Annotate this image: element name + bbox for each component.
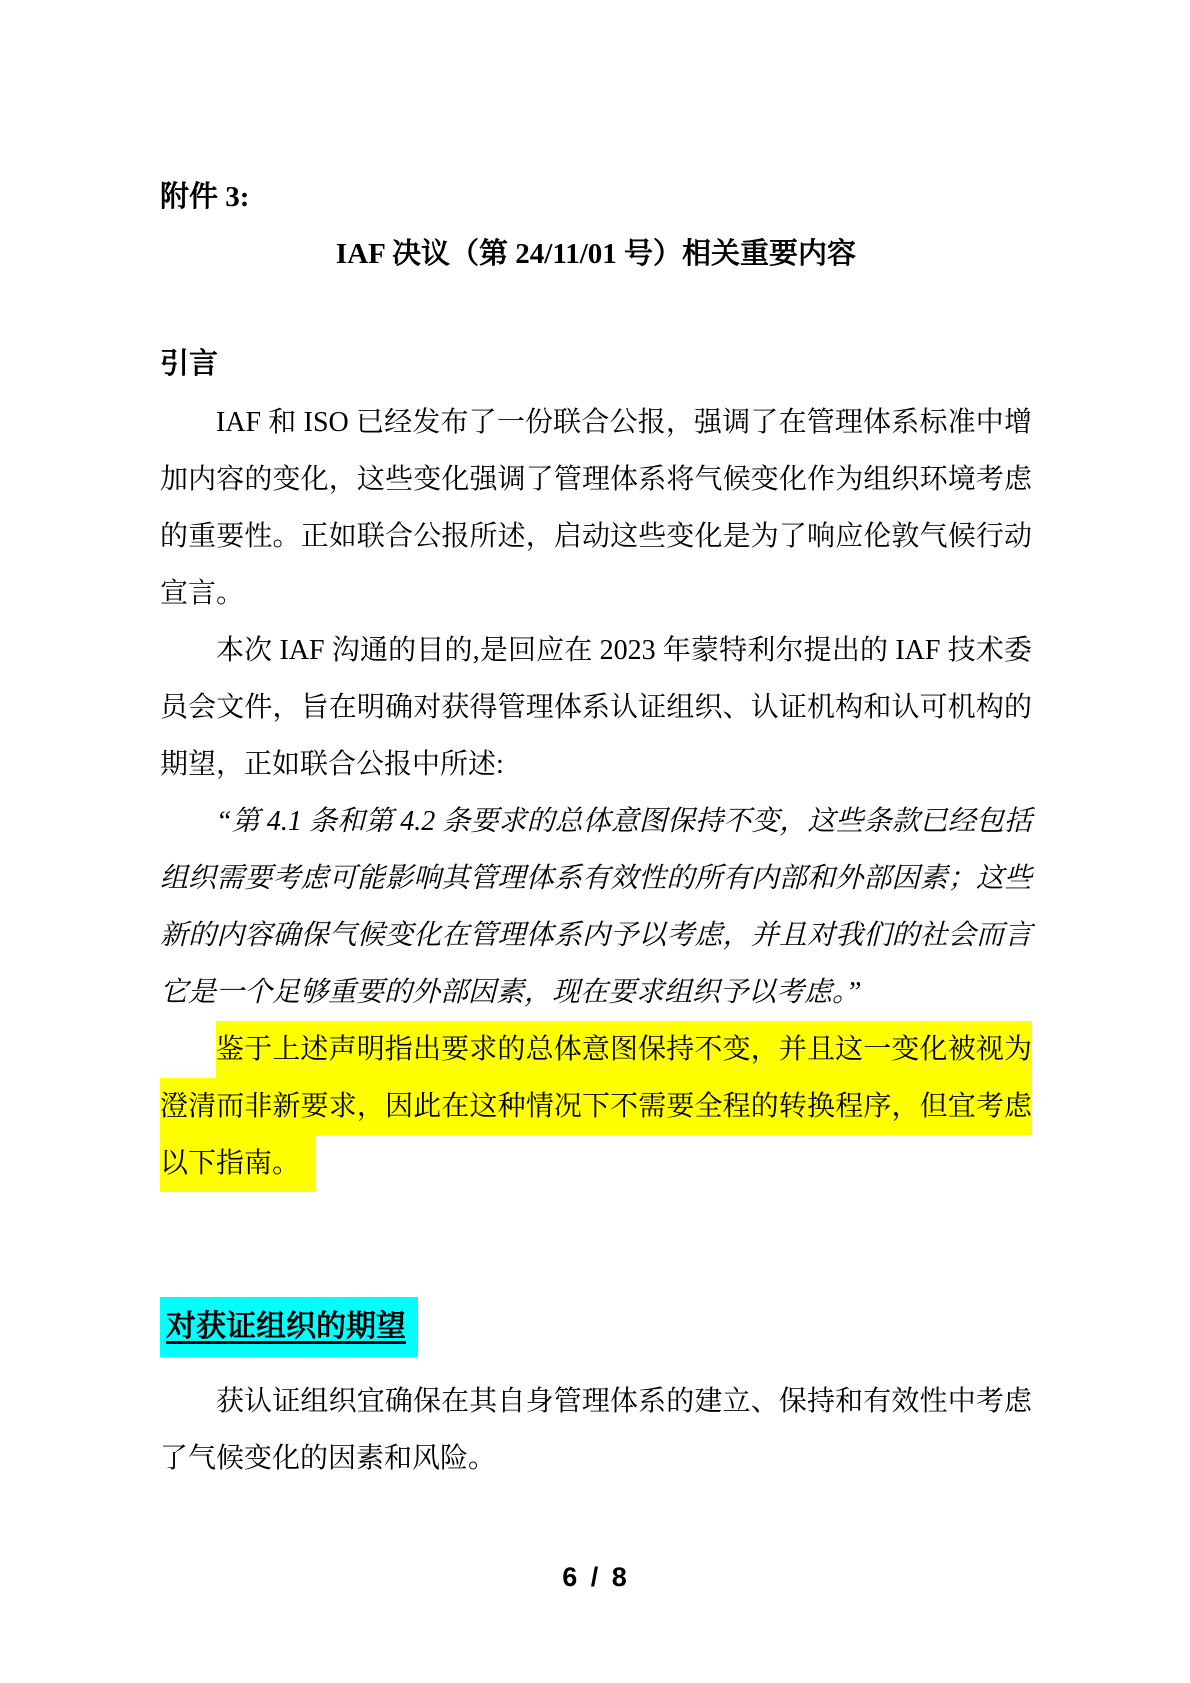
page-number: 6 / 8 xyxy=(160,1561,1032,1594)
section-heading-expectations: 对获证组织的期望 xyxy=(160,1297,418,1357)
paragraph-certified-organizations: 获认证组织宜确保在其自身管理体系的建立、保持和有效性中考虑了气候变化的因素和风险… xyxy=(160,1373,1032,1487)
paragraph-joint-communique: IAF 和 ISO 已经发布了一份联合公报，强调了在管理体系标准中增加内容的变化… xyxy=(160,394,1032,622)
attachment-label: 附件 3: xyxy=(160,180,1032,214)
paragraph-iaf-communication-purpose: 本次 IAF 沟通的目的,是回应在 2023 年蒙特利尔提出的 IAF 技术委员… xyxy=(160,622,1032,793)
paragraph-communique-quote: “第 4.1 条和第 4.2 条要求的总体意图保持不变，这些条款已经包括组织需要… xyxy=(160,793,1032,1021)
document-title: IAF 决议（第 24/11/01 号）相关重要内容 xyxy=(160,236,1032,272)
yellow-highlighted-text: 鉴于上述声明指出要求的总体意图保持不变，并且这一变化被视为澄清而非新要求，因此在… xyxy=(160,1034,1032,1179)
document-page: 附件 3: IAF 决议（第 24/11/01 号）相关重要内容 引言 IAF … xyxy=(0,0,1190,1683)
section-heading-expectations-wrap: 对获证组织的期望 xyxy=(160,1297,1032,1357)
section-heading-introduction: 引言 xyxy=(160,346,1032,382)
paragraph-highlighted-guidance: 鉴于上述声明指出要求的总体意图保持不变，并且这一变化被视为澄清而非新要求，因此在… xyxy=(160,1021,1032,1192)
document-content: 附件 3: IAF 决议（第 24/11/01 号）相关重要内容 引言 IAF … xyxy=(0,0,1190,1594)
